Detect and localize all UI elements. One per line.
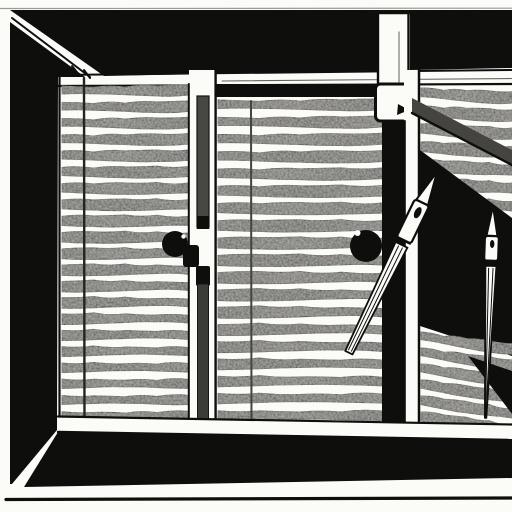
middle-door-header-band	[216, 84, 382, 97]
door-slat	[62, 182, 189, 194]
pen-collar	[484, 236, 499, 261]
door-slat	[218, 168, 382, 180]
stile-bar-cap	[197, 216, 210, 229]
door-slat	[62, 215, 189, 227]
knob-highlight	[355, 230, 361, 236]
door-slat	[218, 185, 382, 198]
door-slat	[218, 393, 382, 404]
center-stile	[183, 70, 216, 448]
door-slat	[62, 379, 189, 389]
middle-door-fold-line	[251, 101, 252, 427]
floor-shadow	[24, 432, 512, 487]
left-door-fold-line	[84, 78, 85, 430]
ink-illustration	[0, 0, 512, 512]
door-slat	[218, 376, 382, 387]
side-jamb	[404, 70, 419, 448]
stile-bar-lower	[198, 284, 209, 422]
door-slat	[218, 202, 382, 215]
right-door-knob	[350, 230, 382, 262]
door-slat	[62, 166, 189, 178]
stile-bar-upper	[197, 96, 209, 226]
artwork-canvas	[0, 0, 512, 512]
knob-highlight	[181, 234, 185, 238]
stile-bar-head	[196, 266, 210, 286]
door-slat	[62, 199, 189, 211]
baseboard-line	[6, 498, 512, 500]
